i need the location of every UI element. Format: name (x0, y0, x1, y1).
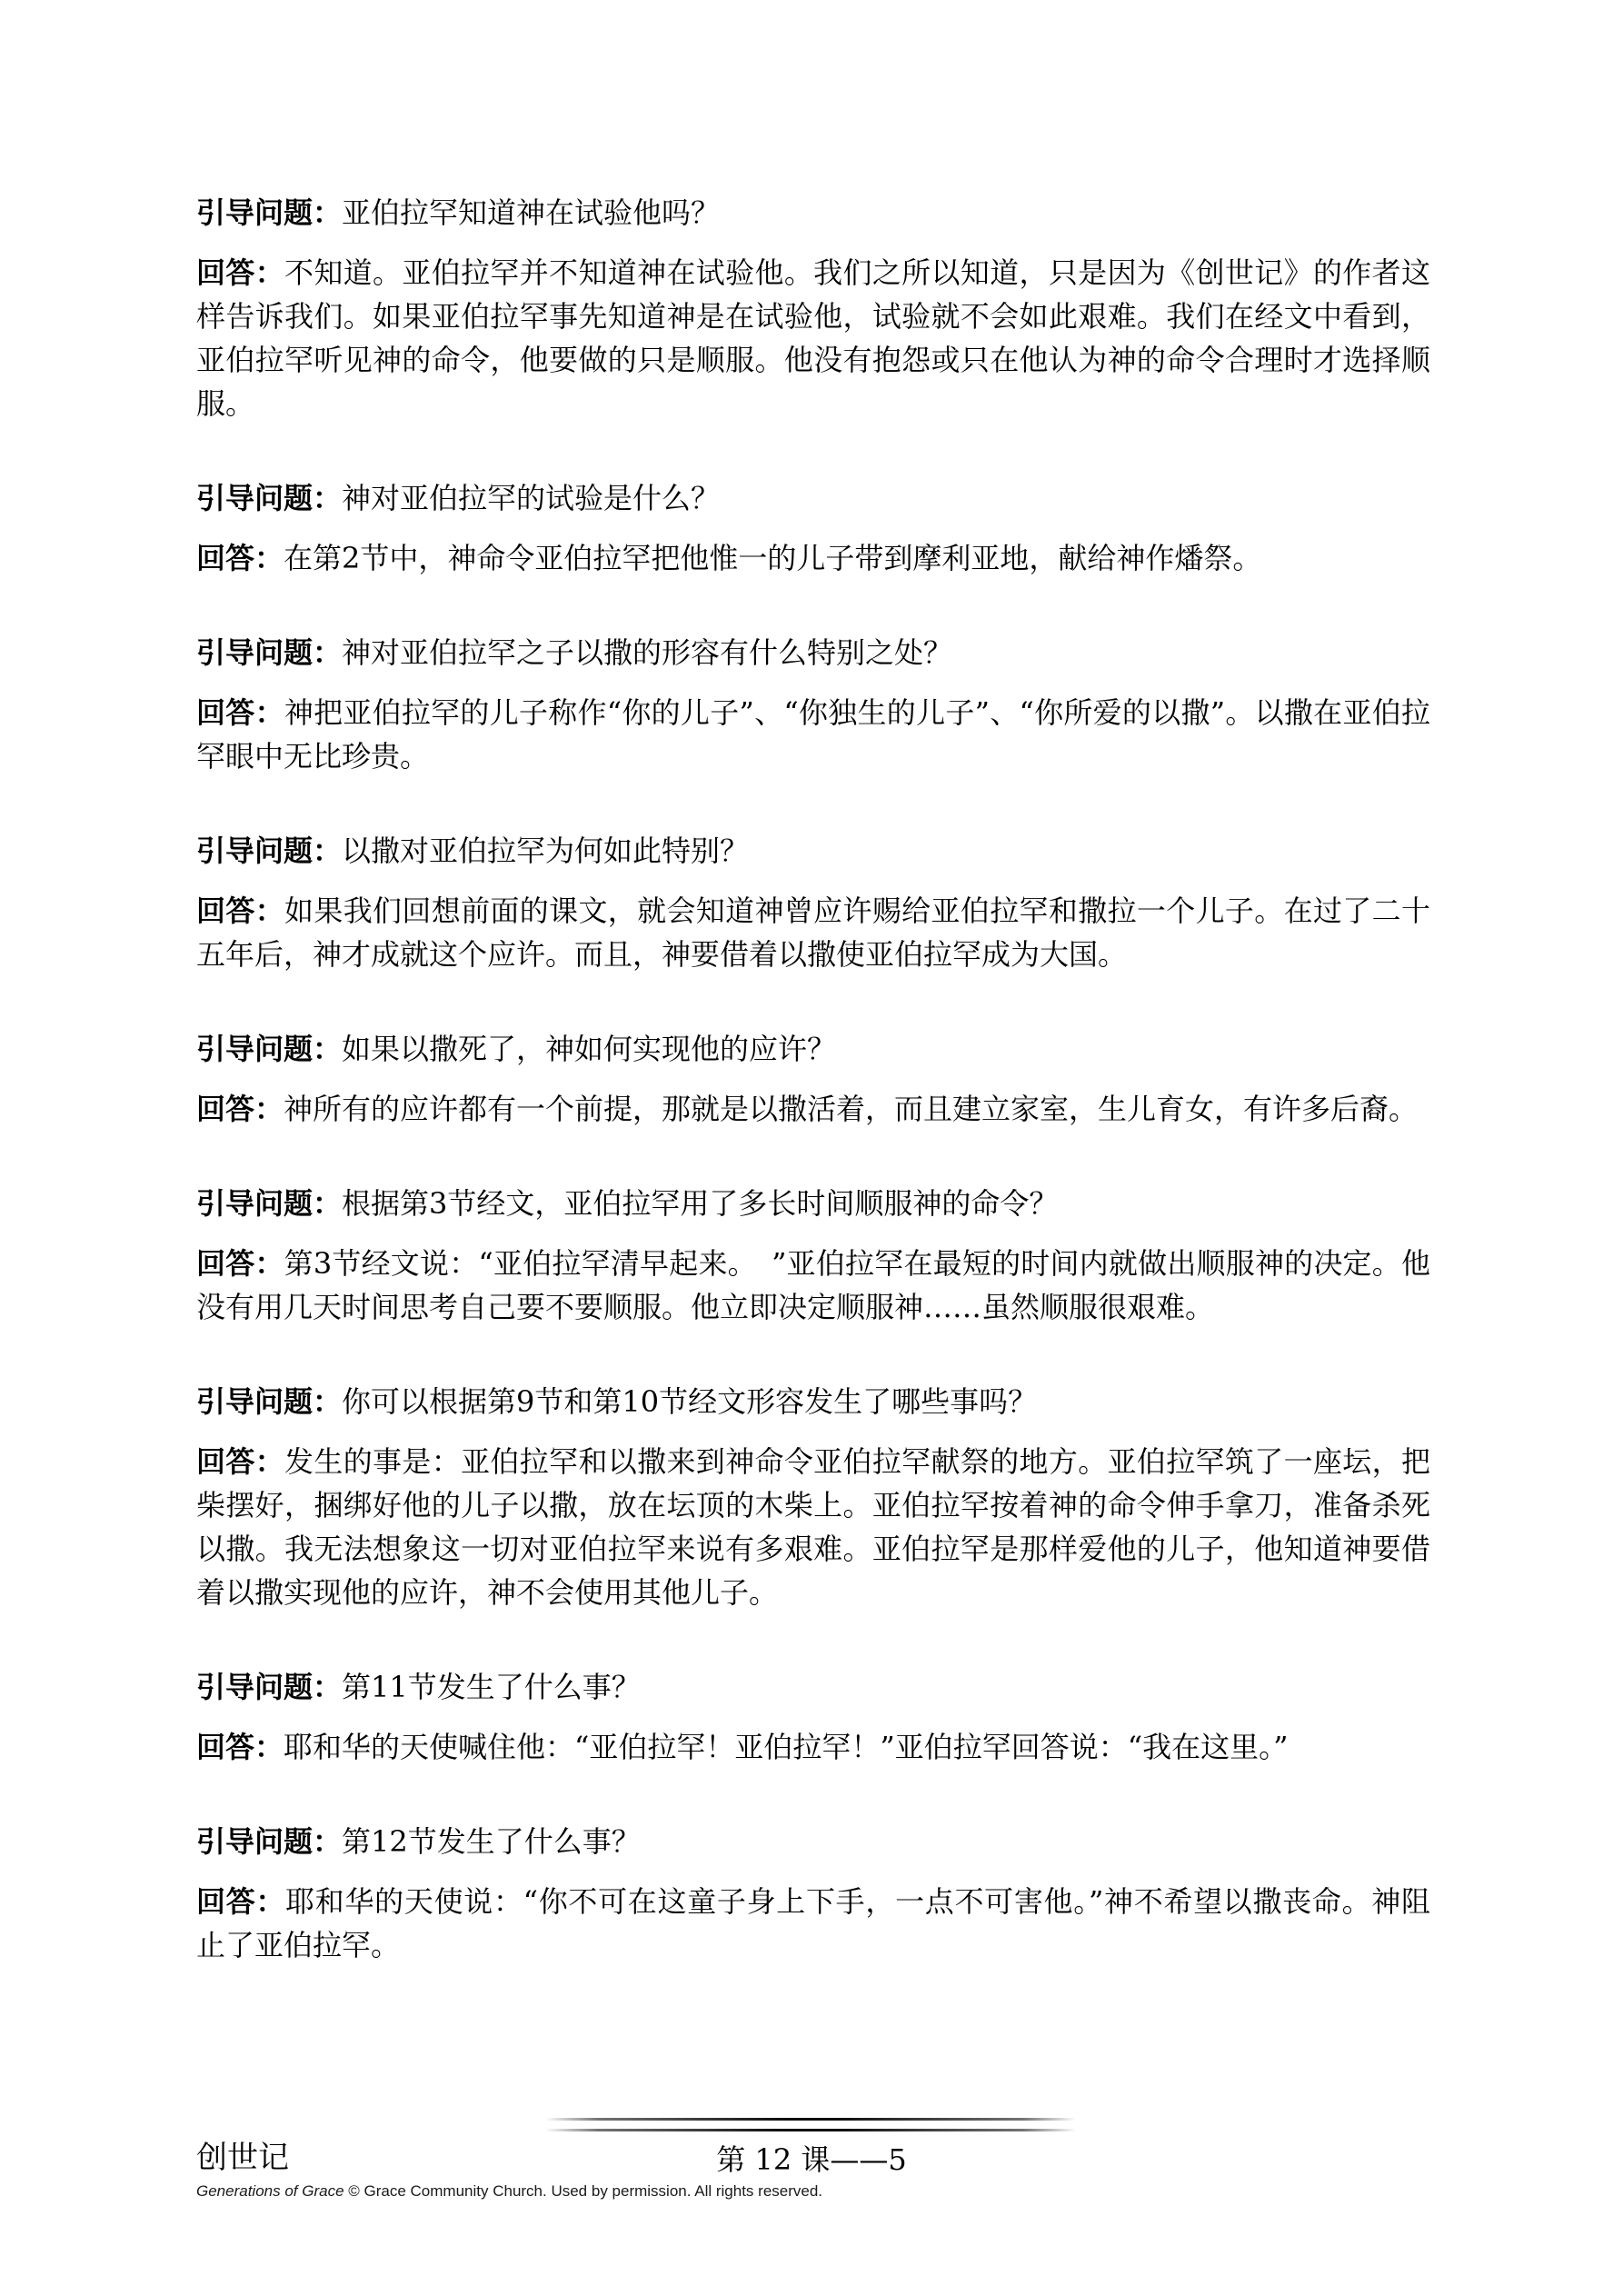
answer-label: 回答： (196, 1730, 284, 1764)
question-label: 引导问题： (196, 834, 342, 868)
question-text: 以撒对亚伯拉罕为何如此特别？ (342, 834, 749, 868)
divider-gap (545, 2121, 1076, 2129)
question-paragraph: 引导问题：第12节发生了什么事？ (196, 1820, 1430, 1863)
answer-text: 不知道。亚伯拉罕并不知道神在试验他。我们之所以知道，只是因为《创世记》的作者这样… (196, 255, 1430, 421)
answer-text: 第3节经文说：“亚伯拉罕清早起来。 ”亚伯拉罕在最短的时间内就做出顺服神的决定。… (196, 1246, 1430, 1324)
answer-label: 回答： (196, 255, 284, 290)
qa-block: 引导问题：以撒对亚伯拉罕为何如此特别？ 回答：如果我们回想前面的课文，就会知道神… (196, 829, 1430, 976)
answer-label: 回答： (196, 1884, 285, 1919)
question-paragraph: 引导问题：你可以根据第9节和第10节经文形容发生了哪些事吗？ (196, 1380, 1430, 1423)
footer-divider (545, 2118, 1076, 2131)
answer-paragraph: 回答：不知道。亚伯拉罕并不知道神在试验他。我们之所以知道，只是因为《创世记》的作… (196, 251, 1430, 425)
question-text: 根据第3节经文，亚伯拉罕用了多长时间顺服神的命令？ (342, 1186, 1058, 1221)
divider-line-bottom (545, 2129, 1076, 2131)
answer-label: 回答： (196, 893, 284, 928)
answer-paragraph: 回答：第3节经文说：“亚伯拉罕清早起来。 ”亚伯拉罕在最短的时间内就做出顺服神的… (196, 1242, 1430, 1329)
question-label: 引导问题： (196, 195, 342, 230)
copyright-text: © Grace Community Church. Used by permis… (344, 2182, 823, 2200)
question-label: 引导问题： (196, 1384, 342, 1419)
question-text: 第12节发生了什么事？ (342, 1824, 641, 1859)
answer-label: 回答： (196, 695, 284, 730)
answer-label: 回答： (196, 1246, 284, 1281)
answer-paragraph: 回答：耶和华的天使说：“你不可在这童子身上下手，一点不可害他。”神不希望以撒丧命… (196, 1880, 1430, 1967)
answer-text: 耶和华的天使说：“你不可在这童子身上下手，一点不可害他。”神不希望以撒丧命。神阻… (196, 1884, 1430, 1962)
question-text: 第11节发生了什么事？ (342, 1670, 641, 1704)
question-paragraph: 引导问题：根据第3节经文，亚伯拉罕用了多长时间顺服神的命令？ (196, 1182, 1430, 1225)
question-label: 引导问题： (196, 1824, 342, 1859)
document-page: 引导问题：亚伯拉罕知道神在试验他吗？ 回答：不知道。亚伯拉罕并不知道神在试验他。… (0, 0, 1623, 2296)
qa-block: 引导问题：神对亚伯拉罕的试验是什么？ 回答：在第2节中，神命令亚伯拉罕把他惟一的… (196, 476, 1430, 580)
answer-text: 神把亚伯拉罕的儿子称作“你的儿子”、“你独生的儿子”、“你所爱的以撒”。以撒在亚… (196, 695, 1430, 774)
qa-block: 引导问题：神对亚伯拉罕之子以撒的形容有什么特别之处？ 回答：神把亚伯拉罕的儿子称… (196, 631, 1430, 778)
qa-block: 引导问题：根据第3节经文，亚伯拉罕用了多长时间顺服神的命令？ 回答：第3节经文说… (196, 1182, 1430, 1329)
answer-label: 回答： (196, 1444, 284, 1479)
question-label: 引导问题： (196, 1670, 342, 1704)
answer-label: 回答： (196, 541, 284, 575)
qa-block: 引导问题：亚伯拉罕知道神在试验他吗？ 回答：不知道。亚伯拉罕并不知道神在试验他。… (196, 191, 1430, 425)
answer-paragraph: 回答：神把亚伯拉罕的儿子称作“你的儿子”、“你独生的儿子”、“你所爱的以撒”。以… (196, 691, 1430, 778)
answer-paragraph: 回答：如果我们回想前面的课文，就会知道神曾应许赐给亚伯拉罕和撒拉一个儿子。在过了… (196, 889, 1430, 976)
question-text: 神对亚伯拉罕的试验是什么？ (342, 481, 720, 515)
question-paragraph: 引导问题：神对亚伯拉罕之子以撒的形容有什么特别之处？ (196, 631, 1430, 674)
copyright-line: Generations of Grace © Grace Community C… (196, 2181, 822, 2201)
qa-block: 引导问题：第12节发生了什么事？ 回答：耶和华的天使说：“你不可在这童子身上下手… (196, 1820, 1430, 1967)
answer-text: 发生的事是：亚伯拉罕和以撒来到神命令亚伯拉罕献祭的地方。亚伯拉罕筑了一座坛，把柴… (196, 1444, 1430, 1610)
answer-label: 回答： (196, 1092, 284, 1126)
question-paragraph: 引导问题：亚伯拉罕知道神在试验他吗？ (196, 191, 1430, 235)
qa-block: 引导问题：如果以撒死了，神如何实现他的应许？ 回答：神所有的应许都有一个前提，那… (196, 1027, 1430, 1131)
question-text: 你可以根据第9节和第10节经文形容发生了哪些事吗？ (342, 1384, 1037, 1419)
qa-block: 引导问题：第11节发生了什么事？ 回答：耶和华的天使喊住他：“亚伯拉罕！亚伯拉罕… (196, 1665, 1430, 1769)
answer-text: 耶和华的天使喊住他：“亚伯拉罕！亚伯拉罕！”亚伯拉罕回答说：“我在这里。” (284, 1730, 1288, 1764)
question-label: 引导问题： (196, 635, 342, 670)
question-paragraph: 引导问题：如果以撒死了，神如何实现他的应许？ (196, 1027, 1430, 1071)
question-label: 引导问题： (196, 1032, 342, 1066)
answer-paragraph: 回答：在第2节中，神命令亚伯拉罕把他惟一的儿子带到摩利亚地，献给神作燔祭。 (196, 536, 1430, 580)
qa-content: 引导问题：亚伯拉罕知道神在试验他吗？ 回答：不知道。亚伯拉罕并不知道神在试验他。… (196, 191, 1430, 2018)
answer-paragraph: 回答：发生的事是：亚伯拉罕和以撒来到神命令亚伯拉罕献祭的地方。亚伯拉罕筑了一座坛… (196, 1440, 1430, 1614)
answer-paragraph: 回答：神所有的应许都有一个前提，那就是以撒活着，而且建立家室，生儿育女，有许多后… (196, 1087, 1430, 1131)
copyright-series-title: Generations of Grace (196, 2182, 344, 2200)
answer-text: 如果我们回想前面的课文，就会知道神曾应许赐给亚伯拉罕和撒拉一个儿子。在过了二十五… (196, 893, 1430, 972)
qa-block: 引导问题：你可以根据第9节和第10节经文形容发生了哪些事吗？ 回答：发生的事是：… (196, 1380, 1430, 1614)
question-paragraph: 引导问题：以撒对亚伯拉罕为何如此特别？ (196, 829, 1430, 873)
footer-page-label: 第 12 课——5 (0, 2141, 1623, 2178)
answer-paragraph: 回答：耶和华的天使喊住他：“亚伯拉罕！亚伯拉罕！”亚伯拉罕回答说：“我在这里。” (196, 1725, 1430, 1769)
question-paragraph: 引导问题：神对亚伯拉罕的试验是什么？ (196, 476, 1430, 520)
answer-text: 在第2节中，神命令亚伯拉罕把他惟一的儿子带到摩利亚地，献给神作燔祭。 (284, 541, 1261, 575)
question-label: 引导问题： (196, 481, 342, 515)
question-paragraph: 引导问题：第11节发生了什么事？ (196, 1665, 1430, 1709)
answer-text: 神所有的应许都有一个前提，那就是以撒活着，而且建立家室，生儿育女，有许多后裔。 (284, 1092, 1418, 1126)
question-label: 引导问题： (196, 1186, 342, 1221)
question-text: 神对亚伯拉罕之子以撒的形容有什么特别之处？ (342, 635, 952, 670)
question-text: 亚伯拉罕知道神在试验他吗？ (342, 195, 720, 230)
question-text: 如果以撒死了，神如何实现他的应许？ (342, 1032, 836, 1066)
